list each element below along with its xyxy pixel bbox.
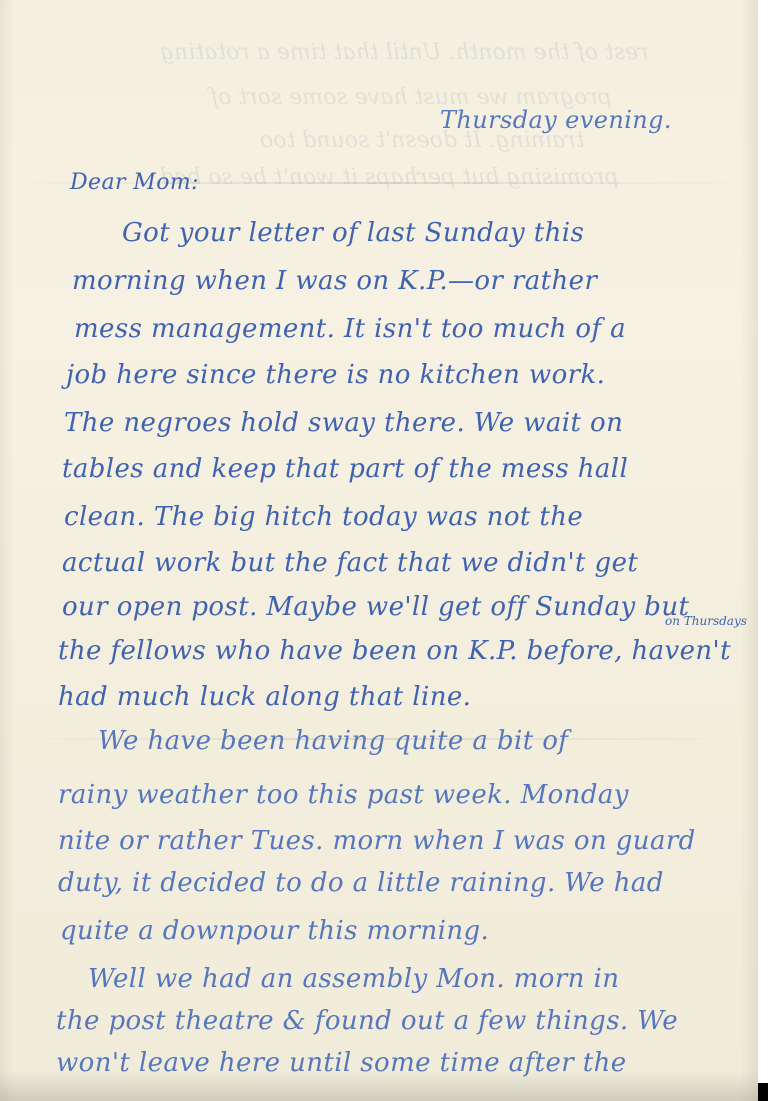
- letter-line: nite or rather Tues. morn when I was on …: [58, 828, 696, 854]
- bleed-through-text: rest of the month. Until that time a rot…: [160, 40, 649, 65]
- letter-line: had much luck along that line.: [58, 684, 471, 710]
- letter-line: The negroes hold sway there. We wait on: [64, 410, 623, 436]
- letter-line: won't leave here until some time after t…: [56, 1050, 627, 1076]
- letter-line: our open post. Maybe we'll get off Sunda…: [62, 594, 689, 620]
- letter-line: duty, it decided to do a little raining.…: [58, 870, 664, 896]
- letter-line: Got your letter of last Sunday this: [122, 220, 584, 246]
- letter-line: the post theatre & found out a few thing…: [56, 1008, 678, 1034]
- letter-line: We have been having quite a bit of: [98, 728, 568, 754]
- letter-line: job here since there is no kitchen work.: [66, 362, 605, 388]
- letter-line: tables and keep that part of the mess ha…: [62, 456, 628, 482]
- letter-line: quite a downpour this morning.: [60, 918, 489, 944]
- letter-line: rainy weather too this past week. Monday: [58, 782, 629, 808]
- letter-insertion: on Thursdays: [665, 614, 747, 628]
- letter-line: actual work but the fact that we didn't …: [62, 550, 638, 576]
- letter-dateline: Thursday evening.: [440, 108, 672, 132]
- letter-line: the fellows who have been on K.P. before…: [58, 638, 731, 664]
- letter-page: rest of the month. Until that time a rot…: [0, 0, 758, 1101]
- letter-salutation: Dear Mom:: [70, 172, 199, 194]
- letter-line: morning when I was on K.P.—or rather: [72, 268, 597, 294]
- letter-line: mess management. It isn't too much of a: [74, 316, 626, 342]
- letter-line: clean. The big hitch today was not the: [64, 504, 583, 530]
- bleed-through-text: promising but perhaps it won't be so bad: [160, 165, 619, 190]
- scan-margin: [758, 0, 768, 1083]
- letter-line: Well we had an assembly Mon. morn in: [88, 966, 619, 992]
- scan-corner-mark: [758, 1083, 768, 1101]
